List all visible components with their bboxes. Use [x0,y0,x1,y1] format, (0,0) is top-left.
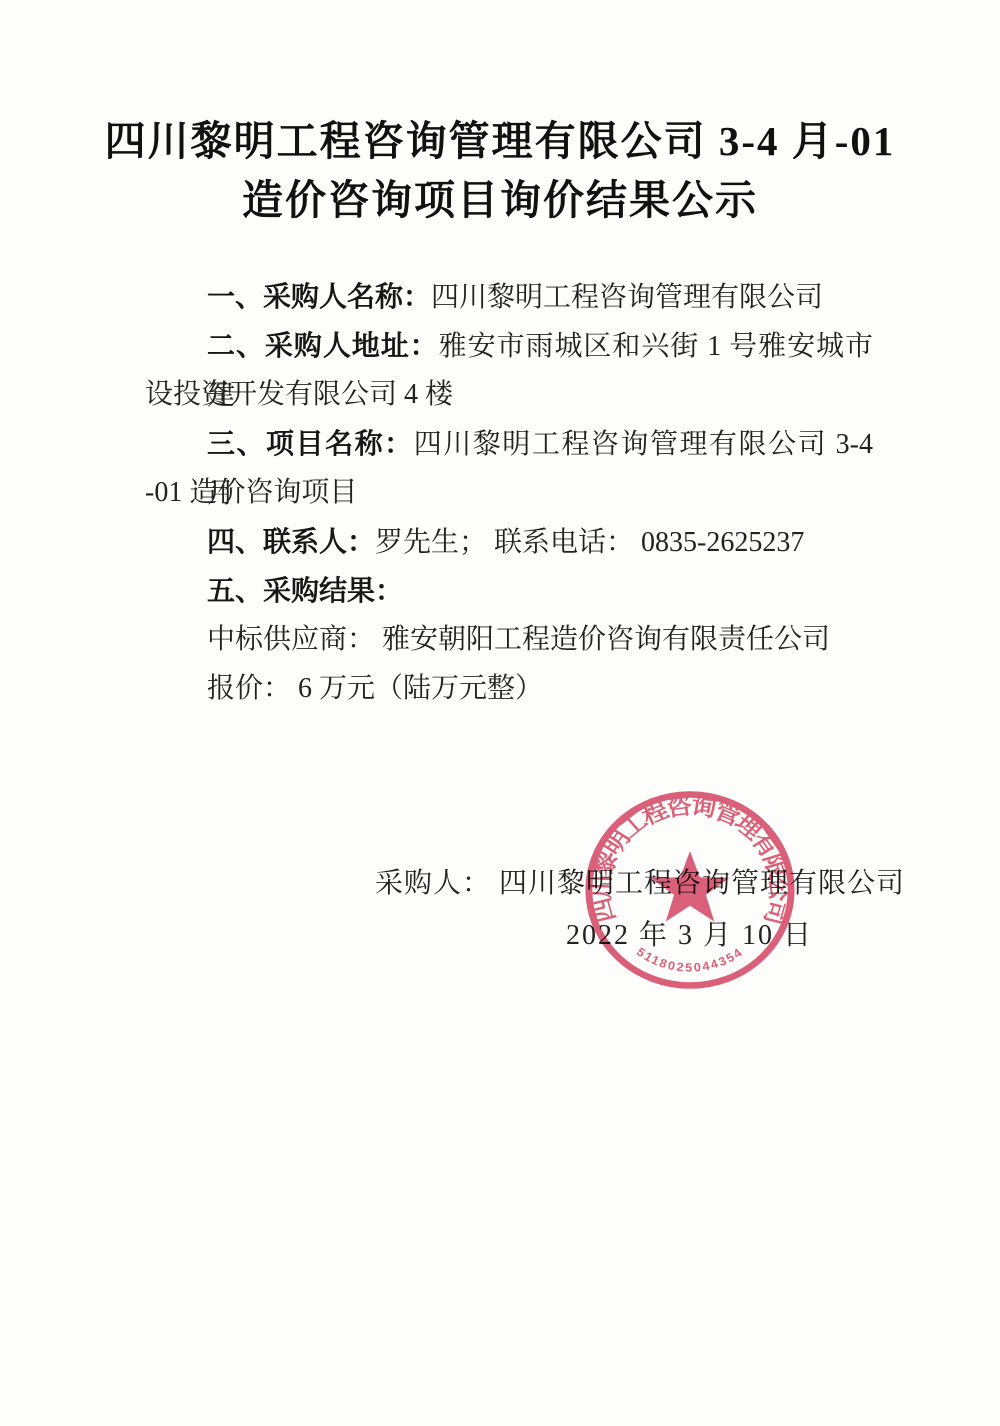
line-contact-value: 罗先生； 联系电话： 0835-2625237 [375,527,804,558]
line-contact-label: 四、联系人： [207,526,375,557]
seal-number-text: 5118025044354 [634,945,746,975]
line-quote-price: 报价： 6 万元（陆万元整） [145,664,873,713]
signature-buyer-label: 采购人： [375,868,491,899]
line-buyer-address-cont: 设投资开发有限公司 4 楼 [145,370,873,419]
line-quote-price-value: 报价： 6 万元（陆万元整） [207,673,543,704]
line-buyer-address: 二、采购人地址：雅安市雨城区和兴街 1 号雅安城市建 [145,321,873,370]
line-contact: 四、联系人：罗先生； 联系电话： 0835-2625237 [145,517,873,566]
document-title: 四川黎明工程咨询管理有限公司 3-4 月-01 造价咨询项目询价结果公示 [0,112,1000,230]
line-project-name-label: 三、项目名称： [207,428,414,459]
seal-star-icon [651,851,729,921]
line-project-name: 三、项目名称：四川黎明工程咨询管理有限公司 3-4 月 [145,419,873,468]
document-body: 一、采购人名称：四川黎明工程咨询管理有限公司 二、采购人地址：雅安市雨城区和兴街… [145,272,873,713]
line-project-name-cont-value: -01 造价咨询项目 [145,477,357,508]
line-buyer-name-value: 四川黎明工程咨询管理有限公司 [431,282,823,313]
line-project-name-cont: -01 造价咨询项目 [145,468,873,517]
line-buyer-address-cont-value: 设投资开发有限公司 4 楼 [145,379,453,410]
line-winning-supplier-value: 中标供应商： 雅安朝阳工程造价咨询有限责任公司 [207,624,830,655]
line-buyer-name-label: 一、采购人名称： [207,281,431,312]
line-result-heading: 五、采购结果： [145,566,873,615]
document-title-line1: 四川黎明工程咨询管理有限公司 3-4 月-01 [0,112,1000,171]
document-page: 四川黎明工程咨询管理有限公司 3-4 月-01 造价咨询项目询价结果公示 一、采… [0,0,1000,1426]
line-buyer-address-label: 二、采购人地址： [207,330,439,361]
seal-number-textpath: 5118025044354 [634,945,746,975]
line-buyer-name: 一、采购人名称：四川黎明工程咨询管理有限公司 [145,272,873,321]
seal-graphic: 四川黎明工程咨询管理有限公司 5118025044354 [582,788,798,992]
company-seal-stamp: 四川黎明工程咨询管理有限公司 5118025044354 [582,788,798,992]
document-title-line2: 造价咨询项目询价结果公示 [0,171,1000,230]
line-result-heading-label: 五、采购结果： [207,575,403,606]
line-winning-supplier: 中标供应商： 雅安朝阳工程造价咨询有限责任公司 [145,615,873,664]
